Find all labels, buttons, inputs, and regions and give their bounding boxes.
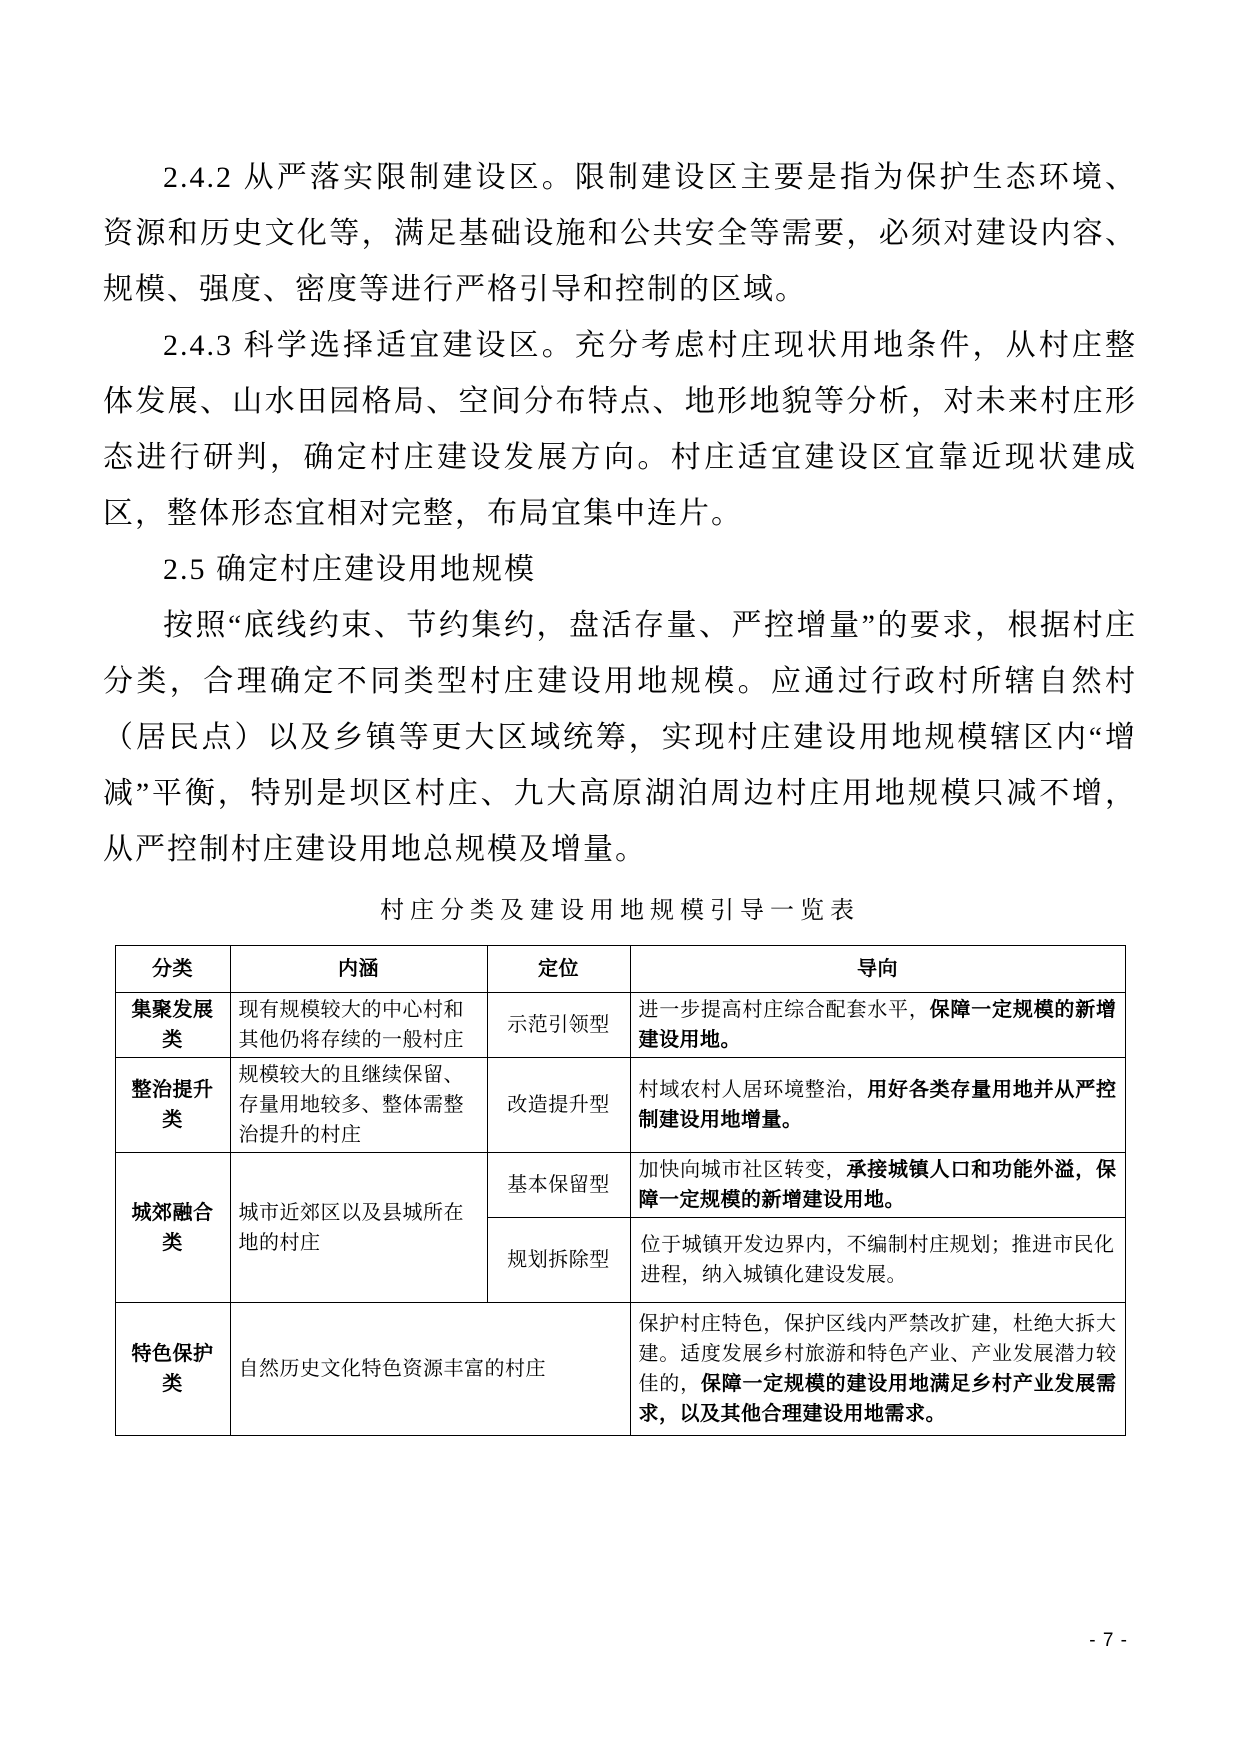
- guidance-normal-text: 加快向城市社区转变，: [639, 1159, 847, 1181]
- category-cell: 集聚发展类: [115, 993, 230, 1058]
- paragraph-2-4-3: 2.4.3 科学选择适宜建设区。充分考虑村庄现状用地条件，从村庄整体发展、山水田…: [103, 318, 1137, 542]
- table-title: 村庄分类及建设用地规模引导一览表: [0, 894, 1240, 928]
- header-connotation: 内涵: [230, 946, 487, 993]
- document-page: 2.4.2 从严落实限制建设区。限制建设区主要是指为保护生态环境、资源和历史文化…: [0, 0, 1240, 1754]
- connotation-cell: 规模较大的且继续保留、存量用地较多、整体需整治提升的村庄: [230, 1058, 487, 1153]
- guidance-cell: 村域农村人居环境整治，用好各类存量用地并从严控制建设用地增量。: [630, 1058, 1125, 1153]
- table-row-urban-rural-integration-a: 城郊融合类 城市近郊区以及县城所在地的村庄 基本保留型 加快向城市社区转变，承接…: [115, 1153, 1125, 1218]
- guidance-normal-text: 位于城镇开发边界内，不编制村庄规划；推进市民化进程，纳入城镇化建设发展。: [641, 1234, 1115, 1286]
- category-cell: 城郊融合类: [115, 1153, 230, 1303]
- guidance-cell: 进一步提高村庄综合配套水平，保障一定规模的新增建设用地。: [630, 993, 1125, 1058]
- paragraph-2-4-2: 2.4.2 从严落实限制建设区。限制建设区主要是指为保护生态环境、资源和历史文化…: [103, 150, 1137, 318]
- guidance-cell: 位于城镇开发边界内，不编制村庄规划；推进市民化进程，纳入城镇化建设发展。: [630, 1218, 1125, 1303]
- heading-2-5: 2.5 确定村庄建设用地规模: [103, 542, 1137, 598]
- guidance-normal-text: 村域农村人居环境整治，: [639, 1079, 868, 1101]
- paragraph-2-5-body: 按照“底线约束、节约集约，盘活存量、严控增量”的要求，根据村庄分类，合理确定不同…: [103, 598, 1137, 878]
- connotation-cell: 现有规模较大的中心村和其他仍将存续的一般村庄: [230, 993, 487, 1058]
- positioning-cell: 规划拆除型: [487, 1218, 630, 1303]
- header-category: 分类: [115, 946, 230, 993]
- positioning-cell: 示范引领型: [487, 993, 630, 1058]
- connotation-cell: 自然历史文化特色资源丰富的村庄: [230, 1303, 630, 1436]
- table-header-row: 分类 内涵 定位 导向: [115, 946, 1125, 993]
- table-header: 分类 内涵 定位 导向: [115, 946, 1125, 993]
- village-classification-table: 分类 内涵 定位 导向 集聚发展类 现有规模较大的中心村和其他仍将存续的一般村庄…: [115, 945, 1126, 1436]
- table-row-cluster-development: 集聚发展类 现有规模较大的中心村和其他仍将存续的一般村庄 示范引领型 进一步提高…: [115, 993, 1125, 1058]
- guidance-cell: 加快向城市社区转变，承接城镇人口和功能外溢，保障一定规模的新增建设用地。: [630, 1153, 1125, 1218]
- connotation-cell: 城市近郊区以及县城所在地的村庄: [230, 1153, 487, 1303]
- category-cell: 整治提升类: [115, 1058, 230, 1153]
- page-number: - 7 -: [1089, 1630, 1128, 1652]
- positioning-cell: 改造提升型: [487, 1058, 630, 1153]
- positioning-cell: 基本保留型: [487, 1153, 630, 1218]
- guidance-normal-text: 进一步提高村庄综合配套水平，: [639, 999, 930, 1021]
- table-row-renovation-improvement: 整治提升类 规模较大的且继续保留、存量用地较多、整体需整治提升的村庄 改造提升型…: [115, 1058, 1125, 1153]
- body-text-block: 2.4.2 从严落实限制建设区。限制建设区主要是指为保护生态环境、资源和历史文化…: [0, 0, 1240, 878]
- guidance-cell: 保护村庄特色，保护区线内严禁改扩建，杜绝大拆大建。适度发展乡村旅游和特色产业、产…: [630, 1303, 1125, 1436]
- guidance-bold-text: 保障一定规模的建设用地满足乡村产业发展需求，以及其他合理建设用地需求。: [639, 1373, 1117, 1425]
- category-cell: 特色保护类: [115, 1303, 230, 1436]
- table-row-characteristic-protection: 特色保护类 自然历史文化特色资源丰富的村庄 保护村庄特色，保护区线内严禁改扩建，…: [115, 1303, 1125, 1436]
- header-positioning: 定位: [487, 946, 630, 993]
- header-guidance: 导向: [630, 946, 1125, 993]
